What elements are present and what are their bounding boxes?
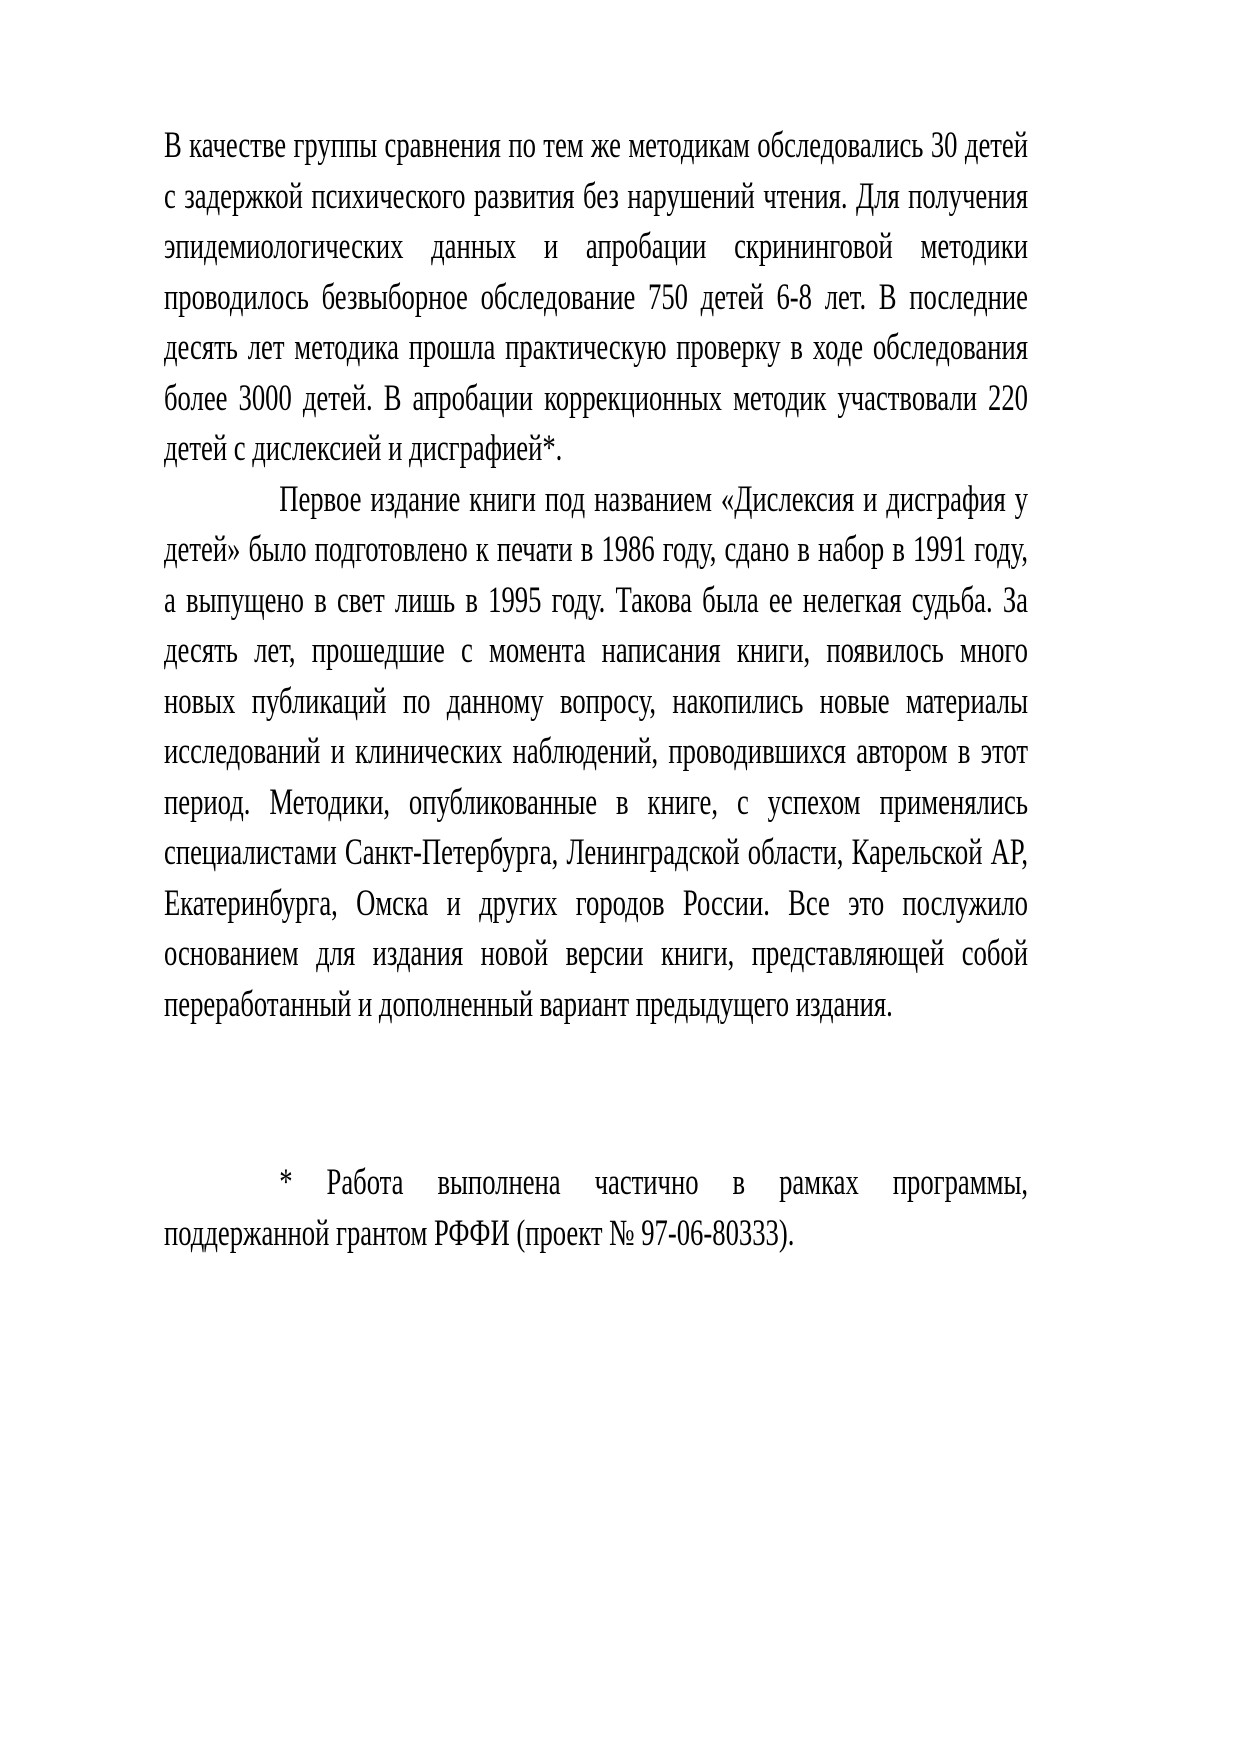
paragraph-comparison-group: В качестве группы сравнения по тем же ме…: [164, 121, 1028, 475]
page-text-column: В качестве группы сравнения по тем же ме…: [164, 121, 1028, 1259]
paragraph-first-edition: Первое издание книги под названием «Дисл…: [164, 475, 1028, 1031]
footnote-grant-note: * Работа выполнена частично в рамках про…: [164, 1158, 1028, 1259]
document-page: В качестве группы сравнения по тем же ме…: [0, 0, 1240, 1754]
